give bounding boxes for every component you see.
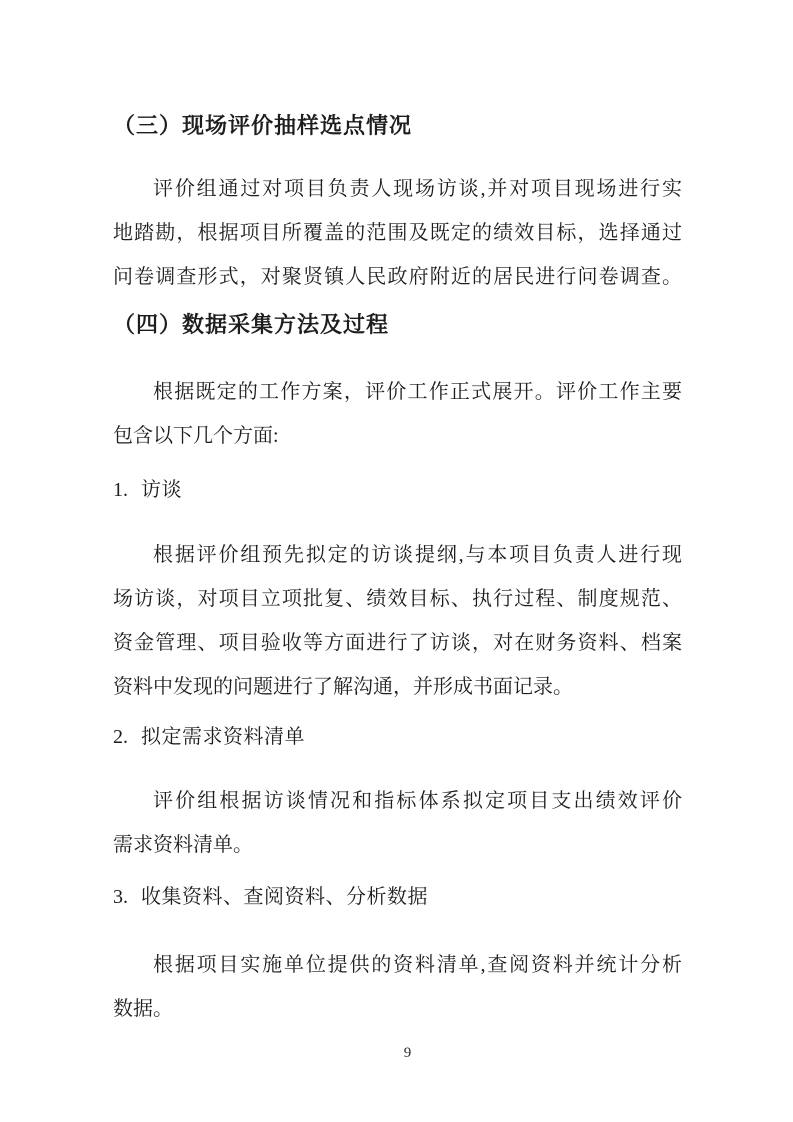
paragraph-materials-list: 评价组根据访谈情况和指标体系拟定项目支出绩效评价 需求资料清单。 [113, 779, 682, 867]
section-heading-4: （四）数据采集方法及过程 [113, 303, 682, 347]
paragraph-line: 地踏勘，根据项目所覆盖的范围及既定的绩效目标，选择通过 [113, 211, 682, 255]
item-title: 收集资料、查阅资料、分析数据 [141, 886, 428, 908]
paragraph-line: 包含以下几个方面: [113, 414, 682, 458]
page-number: 9 [404, 1045, 412, 1061]
list-item-heading-interview: 1.访谈 [113, 468, 682, 512]
document-page: （三）现场评价抽样选点情况 评价组通过对项目负责人现场访谈,并对项目现场进行实 … [0, 0, 793, 1122]
paragraph-line: 问卷调查形式，对聚贤镇人民政府附近的居民进行问卷调查。 [113, 255, 682, 299]
paragraph-line: 数据。 [113, 987, 682, 1031]
paragraph-line: 根据既定的工作方案，评价工作正式展开。评价工作主要 [113, 370, 682, 414]
item-title: 拟定需求资料清单 [141, 726, 305, 748]
paragraph-line: 根据评价组预先拟定的访谈提纲,与本项目负责人进行现 [113, 533, 682, 577]
section-heading-3: （三）现场评价抽样选点情况 [113, 104, 682, 148]
paragraph-data-collection-intro: 根据既定的工作方案，评价工作正式展开。评价工作主要 包含以下几个方面: [113, 370, 682, 458]
paragraph-line: 场访谈，对项目立项批复、绩效目标、执行过程、制度规范、 [113, 577, 682, 621]
item-title: 访谈 [141, 479, 182, 501]
paragraph-line: 根据项目实施单位提供的资料清单,查阅资料并统计分析 [113, 943, 682, 987]
paragraph-interview: 根据评价组预先拟定的访谈提纲,与本项目负责人进行现 场访谈，对项目立项批复、绩效… [113, 533, 682, 709]
paragraph-line: 需求资料清单。 [113, 823, 682, 867]
list-item-heading-collect-analyze: 3.收集资料、查阅资料、分析数据 [113, 875, 682, 919]
item-number: 3. [113, 875, 128, 919]
paragraph-line: 评价组通过对项目负责人现场访谈,并对项目现场进行实 [113, 167, 682, 211]
paragraph-line: 评价组根据访谈情况和指标体系拟定项目支出绩效评价 [113, 779, 682, 823]
paragraph-line: 资金管理、项目验收等方面进行了访谈，对在财务资料、档案 [113, 621, 682, 665]
paragraph-site-sampling: 评价组通过对项目负责人现场访谈,并对项目现场进行实 地踏勘，根据项目所覆盖的范围… [113, 167, 682, 299]
paragraph-collect-analyze: 根据项目实施单位提供的资料清单,查阅资料并统计分析 数据。 [113, 943, 682, 1031]
list-item-heading-materials-list: 2.拟定需求资料清单 [113, 715, 682, 759]
item-number: 1. [113, 468, 128, 512]
item-number: 2. [113, 715, 128, 759]
document-content: （三）现场评价抽样选点情况 评价组通过对项目负责人现场访谈,并对项目现场进行实 … [113, 104, 682, 1063]
page-footer: 9 [123, 1043, 692, 1063]
paragraph-line: 资料中发现的问题进行了解沟通，并形成书面记录。 [113, 665, 682, 709]
